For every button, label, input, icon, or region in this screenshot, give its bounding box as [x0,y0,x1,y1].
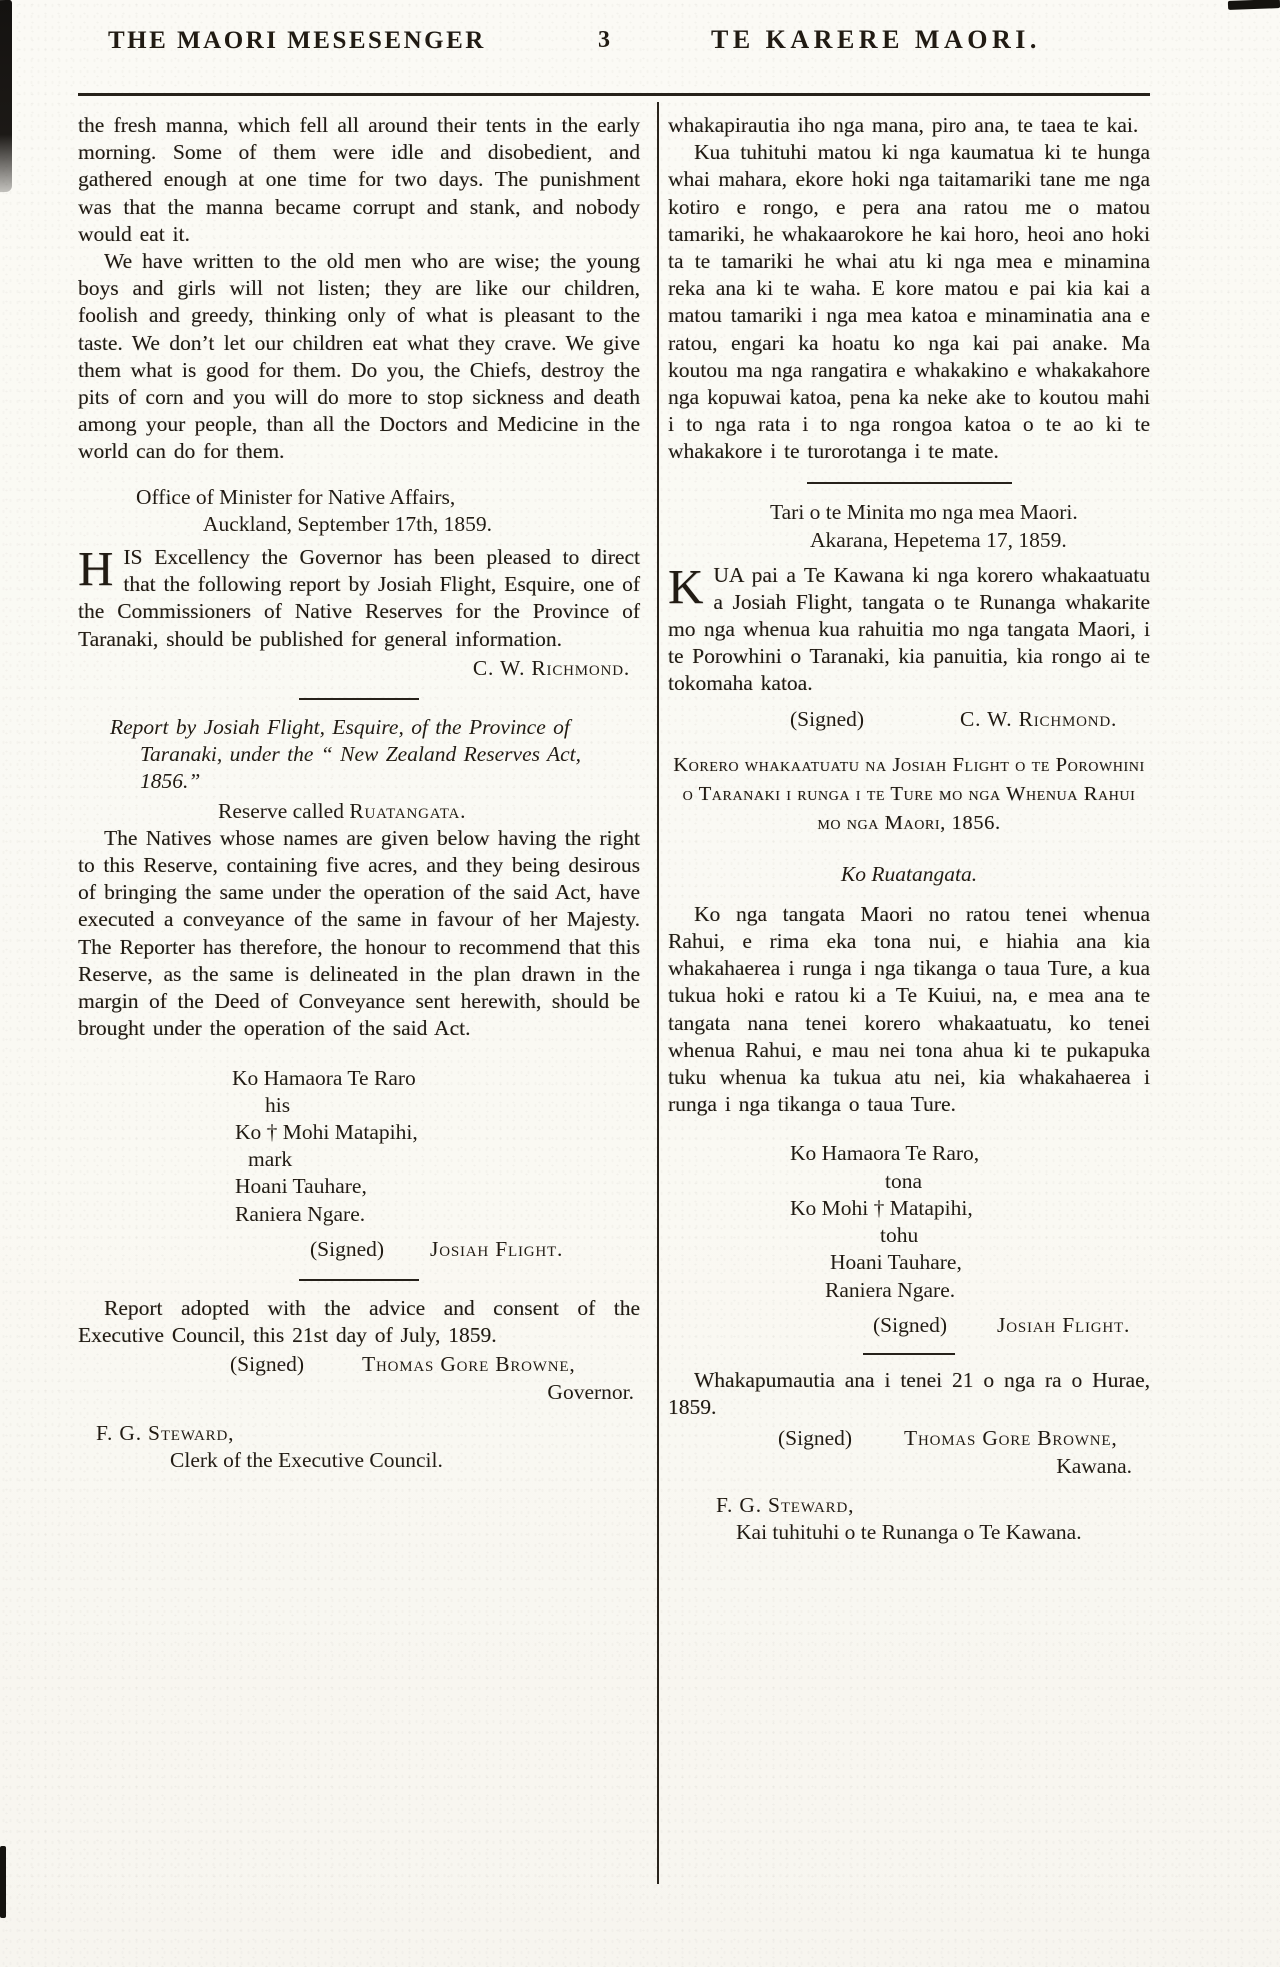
column-divider [657,102,659,1884]
section-rule [299,698,419,700]
signature-steward: F. G. Steward, [668,1492,1150,1519]
page-number: 3 [598,27,610,54]
columns: the fresh manna, which fell all around t… [78,104,1150,1546]
signatory-mark-label: tona [668,1168,1150,1195]
office-address-block: Office of Minister for Native Affairs, A… [78,484,640,538]
signatory-name: Ko Mohi † Matapihi, [668,1195,1150,1222]
signatories-list: Ko Hamaora Te Raro his Ko † Mohi Matapih… [78,1065,640,1228]
paragraph-manna: the fresh manna, which fell all around t… [78,112,640,248]
tari-date-line: Akarana, Hepetema 17, 1859. [668,526,1150,554]
signature-richmond: C. W. Richmond. [960,706,1117,733]
signatory-name: Raniera Ngare. [668,1277,1150,1304]
tari-office-line: Tari o te Minita mo nga mea Maori. [668,498,1150,526]
paragraph-kua-tuhituhi: Kua tuhituhi matou ki nga kaumatua ki te… [668,139,1150,465]
reserve-called-line: Reserve called Ruatangata. [78,798,640,825]
reserve-called-prefix: Reserve called [218,799,349,823]
signatory-name: Ko Hamaora Te Raro, [668,1140,1150,1167]
page-content: THE MAORI MESESENGER 3 TE KARERE MAORI. … [78,0,1150,92]
paragraph-natives: The Natives whose names are given below … [78,825,640,1043]
office-line: Office of Minister for Native Affairs, [78,484,640,511]
maori-column: whakapirautia iho nga mana, piro ana, te… [668,104,1150,1546]
signature-richmond: C. W. Richmond. [78,655,640,682]
paragraph-kua-pai-text: UA pai a Te Kawana ki nga korero whakaat… [668,563,1150,696]
signatory-name: Hoani Tauhare, [668,1249,1150,1276]
signature-browne: Thomas Gore Browne, [904,1425,1118,1452]
paragraph-ko-nga-tangata: Ko nga tangata Maori no ratou tenei when… [668,901,1150,1119]
reserve-name: Ruatangata. [349,799,466,823]
signed-label: (Signed) [873,1312,947,1339]
newspaper-page: THE MAORI MESESENGER 3 TE KARERE MAORI. … [0,0,1280,1967]
signed-row-browne: (Signed) Thomas Gore Browne, [668,1425,1150,1452]
signed-row-browne: (Signed) Thomas Gore Browne, [78,1351,640,1378]
signatories-list: Ko Hamaora Te Raro, tona Ko Mohi † Matap… [668,1140,1150,1303]
report-heading: Report by Josiah Flight, Esquire, of the… [78,714,640,796]
english-column: the fresh manna, which fell all around t… [78,104,640,1546]
signature-steward: F. G. Steward, [78,1420,640,1447]
tari-address-block: Tari o te Minita mo nga mea Maori. Akara… [668,498,1150,554]
signed-row-flight: (Signed) Josiah Flight. [668,1312,1150,1339]
signed-row-flight: (Signed) Josiah Flight. [78,1236,640,1263]
paragraph-written-to-old-men: We have written to the old men who are w… [78,248,640,466]
masthead: THE MAORI MESESENGER 3 TE KARERE MAORI. [78,0,1150,92]
signature-browne: Thomas Gore Browne, [362,1351,576,1378]
signatory-mark-label: tohu [668,1222,1150,1249]
section-rule [807,482,1012,484]
scan-smudge-artifact [0,1846,6,1918]
dropcap-k: K [668,566,703,608]
signed-label: (Signed) [310,1236,384,1263]
paragraph-his-excellency-text: IS Excellency the Governor has been plea… [78,545,640,651]
section-rule [299,1279,419,1281]
signatory-mark-label: his [78,1092,640,1119]
kai-tuhituhi-line: Kai tuhituhi o te Runanga o Te Kawana. [668,1519,1150,1546]
signed-label: (Signed) [778,1425,852,1452]
section-rule [863,1353,955,1355]
clerk-line: Clerk of the Executive Council. [78,1447,640,1474]
signatory-name: Ko Hamaora Te Raro [78,1065,640,1092]
paragraph-his-excellency: HIS Excellency the Governor has been ple… [78,544,640,653]
signed-label: (Signed) [230,1351,304,1378]
scan-smudge-artifact [0,0,12,192]
signed-label: (Signed) [790,706,864,733]
paragraph-kua-pai: KUA pai a Te Kawana ki nga korero whakaa… [668,562,1150,698]
paragraph-whakapumautia: Whakapumautia ana i tenei 21 o nga ra o … [668,1367,1150,1421]
paragraph-whakapirautia: whakapirautia iho nga mana, piro ana, te… [668,112,1150,139]
signatory-name: Hoani Tauhare, [78,1173,640,1200]
governor-line: Governor. [78,1379,640,1406]
masthead-left-title: THE MAORI MESESENGER [108,27,486,55]
kawana-line: Kawana. [668,1453,1150,1480]
header-rule [78,93,1150,96]
korero-heading: Korero whakaatuatu na Josiah Flight o te… [668,751,1150,838]
signatory-mark-label: mark [78,1146,640,1173]
office-date-line: Auckland, September 17th, 1859. [78,511,640,538]
ko-ruatangata-heading: Ko Ruatangata. [668,862,1150,887]
signatory-name: Ko † Mohi Matapihi, [78,1119,640,1146]
dropcap-h: H [78,548,113,590]
signature-flight: Josiah Flight. [997,1312,1130,1339]
signature-flight: Josiah Flight. [430,1236,563,1263]
signatory-name: Raniera Ngare. [78,1201,640,1228]
scan-smudge-artifact [1228,0,1280,10]
paragraph-report-adopted: Report adopted with the advice and conse… [78,1295,640,1349]
signed-row-richmond: (Signed) C. W. Richmond. [668,706,1150,733]
masthead-right-title: TE KARERE MAORI. [711,25,1041,55]
